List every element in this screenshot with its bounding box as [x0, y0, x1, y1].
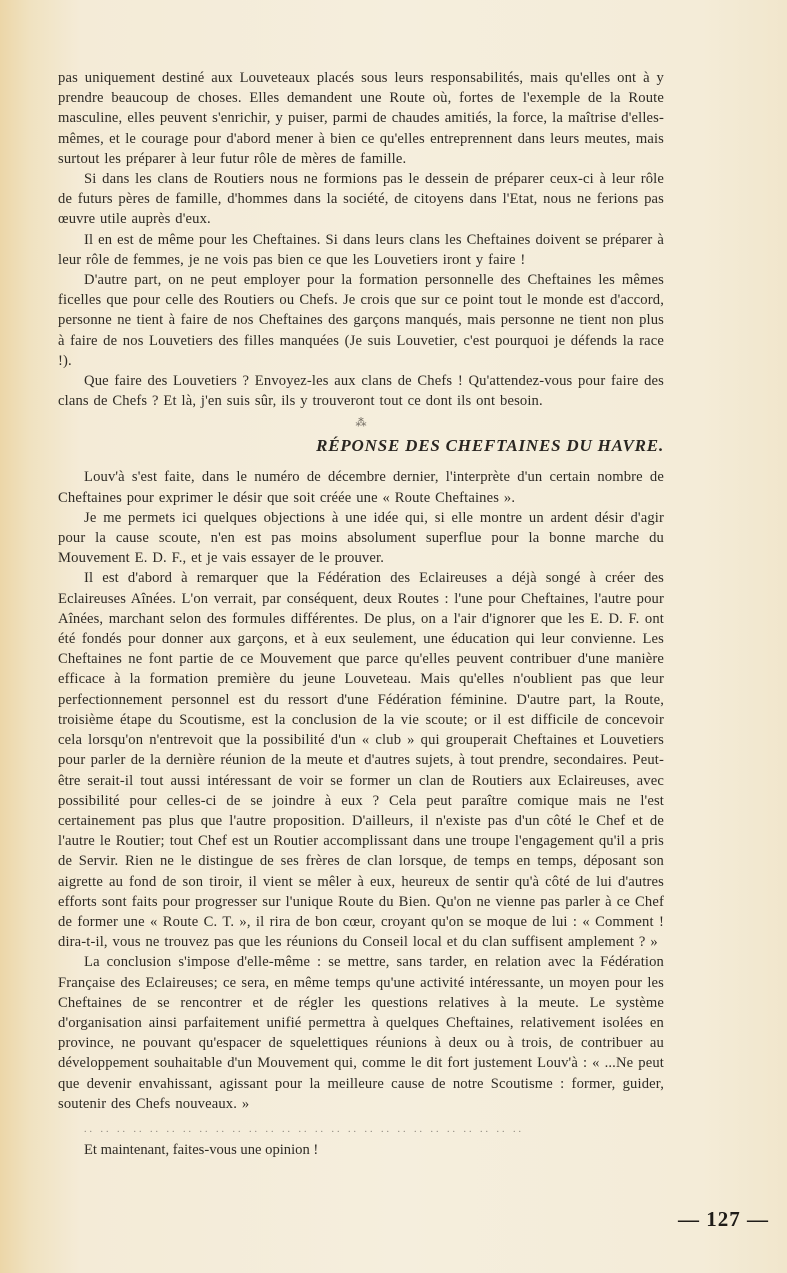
paragraph: Il est d'abord à remarquer que la Fédéra…	[58, 568, 664, 952]
first-section: pas uniquement destiné aux Louveteaux pl…	[58, 68, 664, 411]
paragraph: Louv'à s'est faite, dans le numéro de dé…	[58, 467, 664, 507]
paragraph: Je me permets ici quelques objections à …	[58, 508, 664, 569]
paragraph: D'autre part, on ne peut employer pour l…	[58, 270, 664, 371]
second-section: RÉPONSE DES CHEFTAINES DU HAVRE. Louv'à …	[58, 435, 664, 1160]
dotted-rule: .. .. .. .. .. .. .. .. .. .. .. .. .. .…	[84, 1124, 664, 1136]
asterism-separator-icon: ⁂	[58, 417, 664, 429]
paragraph: pas uniquement destiné aux Louveteaux pl…	[58, 68, 664, 169]
paragraph: Si dans les clans de Routiers nous ne fo…	[58, 169, 664, 230]
closing-line: Et maintenant, faites-vous une opinion !	[84, 1140, 664, 1160]
paragraph: La conclusion s'impose d'elle-même : se …	[58, 952, 664, 1114]
paragraph: Que faire des Louvetiers ? Envoyez-les a…	[58, 371, 664, 411]
page-number: — 127 —	[678, 1207, 769, 1232]
paragraph: Il en est de même pour les Cheftaines. S…	[58, 230, 664, 270]
page-body: pas uniquement destiné aux Louveteaux pl…	[58, 68, 664, 1160]
section-title: RÉPONSE DES CHEFTAINES DU HAVRE.	[58, 435, 664, 457]
